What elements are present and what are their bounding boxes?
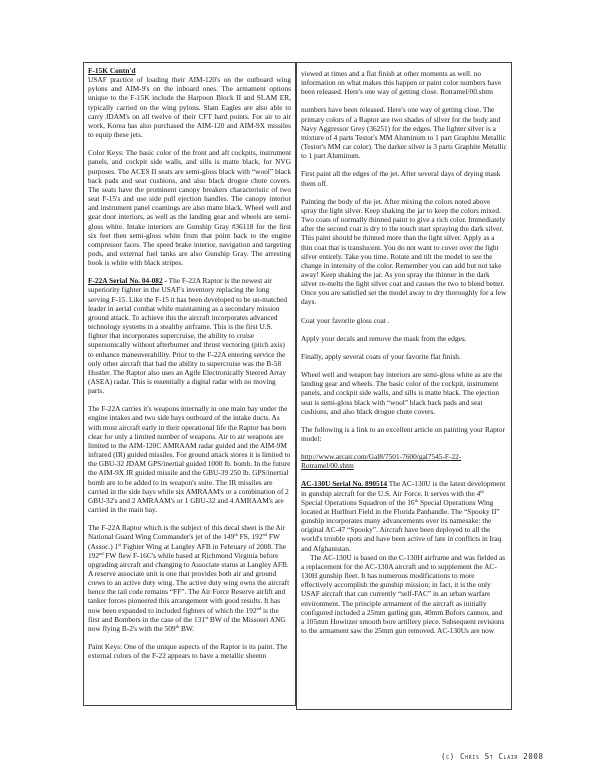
f15k-section: F-15K Contn'd USAF practice of loading t… bbox=[88, 66, 291, 139]
right-column: viewed at times and a flat finish at oth… bbox=[296, 62, 512, 710]
f15k-heading: F-15K Contn'd bbox=[88, 66, 136, 75]
copyright-notice: (c) Chris St Clair 2008 bbox=[441, 752, 544, 761]
f22a-paint-keys: Paint Keys: One of the unique aspects of… bbox=[88, 642, 291, 660]
f15k-color-keys: Color Keys: The basic color of the front… bbox=[88, 148, 291, 267]
f22a-para-intro: The F-22A Raptor is the newest air super… bbox=[88, 276, 287, 395]
paint-colors-mix: numbers have been released. Here's one w… bbox=[301, 105, 507, 160]
f15k-para-armament: USAF practice of loading their AIM-120's… bbox=[88, 75, 291, 139]
paint-step-gloss: Coat your favorite gloss coat . bbox=[301, 316, 507, 325]
article-link-wrapper: http://www.arcair.com/Gal8/7501-7600/gal… bbox=[301, 452, 507, 470]
text-run: FS, 192 bbox=[238, 532, 263, 541]
paint-step-body: Painting the body of the jet. After mixi… bbox=[301, 197, 507, 307]
ordinal-suffix: th bbox=[480, 489, 484, 494]
ac130u-details: The AC-130U is based on the C-130H airfr… bbox=[301, 553, 507, 635]
f22a-heading: F-22A Serial No. 04-082 bbox=[88, 276, 163, 285]
paint-finish-note: viewed at times and a flat finish at oth… bbox=[301, 69, 507, 96]
article-link-intro: The following is a link to an excellent … bbox=[301, 425, 507, 443]
paint-step-edges: First paint all the edges of the jet. Af… bbox=[301, 169, 507, 187]
text-run: BW. bbox=[179, 624, 194, 633]
text-run: Special Operations Wing located at Hurlb… bbox=[301, 498, 501, 553]
left-column: F-15K Contn'd USAF practice of loading t… bbox=[83, 62, 296, 706]
ac130u-heading: AC-130U Serial No. 890514 bbox=[301, 479, 387, 488]
f22a-weapons: The F-22A carries it's weapons internall… bbox=[88, 404, 291, 514]
ac130u-intro: AC-130U Serial No. 890514 The AC-130U is… bbox=[301, 479, 507, 552]
interior-colors: Wheel well and weapon bay interiors are … bbox=[301, 370, 507, 416]
paint-step-decals: Apply your decals and remove the mask fr… bbox=[301, 334, 507, 343]
f22a-unit-history: The F-22A Raptor which is the subject of… bbox=[88, 523, 291, 633]
f22a-intro: F-22A Serial No. 04-082 - The F-22A Rapt… bbox=[88, 276, 291, 395]
paint-step-flat: Finally, apply several coats of your fav… bbox=[301, 352, 507, 361]
article-link[interactable]: http://www.arcair.com/Gal8/7501-7600/gal… bbox=[301, 452, 461, 470]
text-run: Special Operations Squadron of the 16 bbox=[301, 498, 415, 507]
